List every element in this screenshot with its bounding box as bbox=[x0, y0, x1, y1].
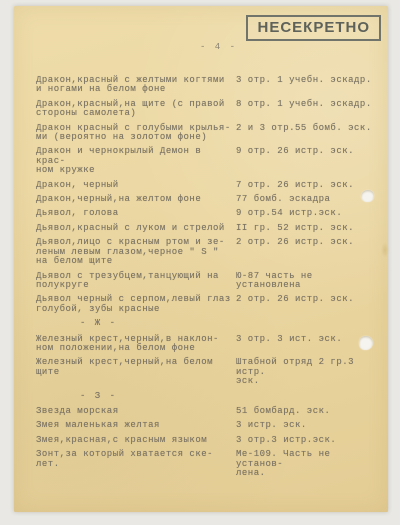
scan-background: НЕСЕКРЕТНО - 4 - Дракон,красный с желтым… bbox=[0, 0, 400, 525]
unit-assignment: 2 отр. 26 истр. эск. bbox=[234, 295, 382, 314]
insignia-description: Звезда морская bbox=[36, 407, 234, 416]
table-row: Дракон,красный,на щите (с правой стороны… bbox=[36, 100, 382, 119]
table-row: Дракон, черный 7 отр. 26 истр. эск. bbox=[36, 181, 382, 190]
unit-assignment: 8 отр. 1 учебн. эскадр. bbox=[234, 100, 382, 119]
unit-assignment: Штабной отряд 2 гр.3 истр. эск. bbox=[234, 358, 382, 386]
table-row: Дракон красный с голубыми крылья- ми (ве… bbox=[36, 124, 382, 143]
table-row: Дьявол с трезубцем,танцующий на полукруг… bbox=[36, 272, 382, 291]
insignia-description: Дракон и чернокрылый Демон в крас- ном к… bbox=[36, 147, 234, 175]
section-letter-header: - Ж - bbox=[36, 319, 382, 328]
insignia-description: Дьявол черный с серпом,левый глаз голубо… bbox=[36, 295, 234, 314]
insignia-description: Змея маленькая желтая bbox=[36, 421, 234, 430]
table-row: Дьявол черный с серпом,левый глаз голубо… bbox=[36, 295, 382, 314]
insignia-description: Железный крест,черный,в наклон- ном поло… bbox=[36, 335, 234, 354]
insignia-description: Железный крест,черный,на белом щите bbox=[36, 358, 234, 386]
table-row: Змея маленькая желтая 3 истр. эск. bbox=[36, 421, 382, 430]
insignia-description: Дракон,красный с желтыми когтями и ногам… bbox=[36, 76, 234, 95]
table-row: Железный крест,черный,в наклон- ном поло… bbox=[36, 335, 382, 354]
punch-hole bbox=[359, 336, 373, 350]
insignia-description: Дракон красный с голубыми крылья- ми (ве… bbox=[36, 124, 234, 143]
unit-assignment: II гр. 52 истр. эск. bbox=[234, 224, 382, 233]
entries: Дракон,красный с желтыми когтями и ногам… bbox=[36, 76, 382, 483]
table-row: Дьявол, голова 9 отр.54 истр.эск. bbox=[36, 209, 382, 218]
unit-assignment: 2 и 3 отр.55 бомб. эск. bbox=[234, 124, 382, 143]
table-row: Дракон и чернокрылый Демон в крас- ном к… bbox=[36, 147, 382, 175]
document-page: НЕСЕКРЕТНО - 4 - Дракон,красный с желтым… bbox=[14, 6, 388, 512]
table-row: Дьявол,лицо с красным ртом и зе- леным л… bbox=[36, 238, 382, 266]
unit-assignment: 3 отр.3 истр.эск. bbox=[234, 436, 382, 445]
insignia-description: Дьявол,лицо с красным ртом и зе- леным л… bbox=[36, 238, 234, 266]
paper-edge-nick bbox=[381, 242, 389, 258]
unit-assignment: 7 отр. 26 истр. эск. bbox=[234, 181, 382, 190]
unit-assignment: 9 отр. 26 истр. эск. bbox=[234, 147, 382, 175]
insignia-description: Дракон,черный,на желтом фоне bbox=[36, 195, 234, 204]
insignia-description: Змея,красная,с красным языком bbox=[36, 436, 234, 445]
unit-assignment: 2 отр. 26 истр. эск. bbox=[234, 238, 382, 266]
unit-assignment: 77 бомб. эскадра bbox=[234, 195, 382, 204]
insignia-description: Дракон, черный bbox=[36, 181, 234, 190]
unit-assignment: Ме-109. Часть не установ- лена. bbox=[234, 450, 382, 478]
punch-hole bbox=[361, 190, 374, 202]
unit-assignment: 9 отр.54 истр.эск. bbox=[234, 209, 382, 218]
table-row: Звезда морская 51 бомбард. эск. bbox=[36, 407, 382, 416]
table-row: Дьявол,красный с луком и стрелой II гр. … bbox=[36, 224, 382, 233]
table-row: Дракон,черный,на желтом фоне 77 бомб. эс… bbox=[36, 195, 382, 204]
table-row: Зонт,за который хватается ске- лет. Ме-1… bbox=[36, 450, 382, 478]
insignia-description: Дракон,красный,на щите (с правой стороны… bbox=[36, 100, 234, 119]
table-row: Дракон,красный с желтыми когтями и ногам… bbox=[36, 76, 382, 95]
unit-assignment: 3 отр. 1 учебн. эскадр. bbox=[234, 76, 382, 95]
section-letter-header: - З - bbox=[36, 392, 382, 401]
insignia-description: Зонт,за который хватается ске- лет. bbox=[36, 450, 234, 478]
classification-stamp: НЕСЕКРЕТНО bbox=[246, 15, 381, 41]
insignia-description: Дьявол с трезубцем,танцующий на полукруг… bbox=[36, 272, 234, 291]
unit-assignment: Ю-87 часть не установлена bbox=[234, 272, 382, 291]
insignia-description: Дьявол,красный с луком и стрелой bbox=[36, 224, 234, 233]
table-row: Железный крест,черный,на белом щите Штаб… bbox=[36, 358, 382, 386]
unit-assignment: 51 бомбард. эск. bbox=[234, 407, 382, 416]
table-row: Змея,красная,с красным языком 3 отр.3 ис… bbox=[36, 436, 382, 445]
unit-assignment: 3 истр. эск. bbox=[234, 421, 382, 430]
insignia-description: Дьявол, голова bbox=[36, 209, 234, 218]
page-number: - 4 - bbox=[200, 42, 237, 52]
